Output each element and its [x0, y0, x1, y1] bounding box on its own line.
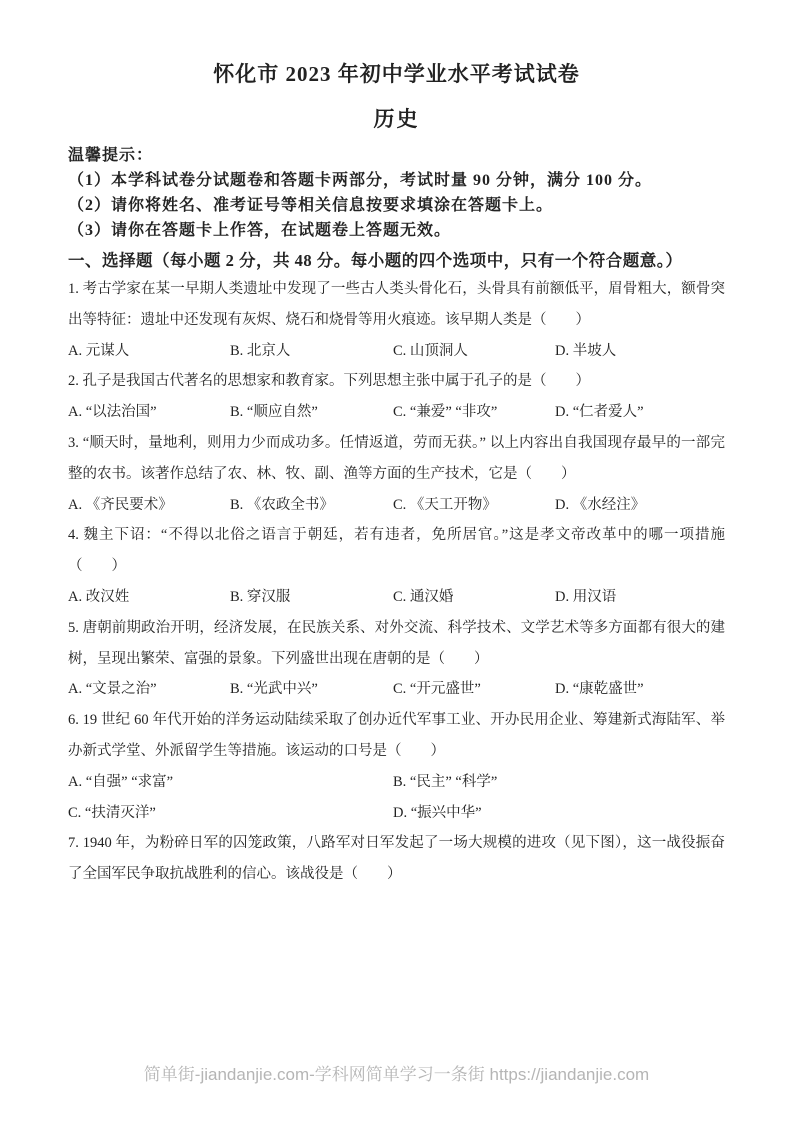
option-b: B. “民主” “科学”: [393, 767, 725, 798]
question-stem: 1. 考古学家在某一早期人类遗址中发现了一些古人类头骨化石，头骨具有前额低平，眉…: [68, 274, 725, 336]
question-6: 6. 19 世纪 60 年代开始的洋务运动陆续采取了创办近代军事工业、开办民用企…: [68, 705, 725, 828]
option-c: C. 通汉婚: [393, 582, 555, 613]
option-b: B. “光武中兴”: [230, 674, 393, 705]
question-stem: 6. 19 世纪 60 年代开始的洋务运动陆续采取了创办近代军事工业、开办民用企…: [68, 705, 725, 767]
options-row: A. 元谋人 B. 北京人 C. 山顶洞人 D. 半坡人: [68, 336, 725, 367]
notice-item-3: （3）请你在答题卡上作答，在试题卷上答题无效。: [68, 218, 725, 243]
question-stem: 2. 孔子是我国古代著名的思想家和教育家。下列思想主张中属于孔子的是（ ）: [68, 366, 725, 397]
option-c: C. 山顶洞人: [393, 336, 555, 367]
paper-subject: 历史: [68, 105, 725, 133]
options-row: A. “自强” “求富” B. “民主” “科学” C. “扶清灭洋” D. “…: [68, 767, 725, 829]
question-stem: 5. 唐朝前期政治开明，经济发展，在民族关系、对外交流、科学技术、文学艺术等多方…: [68, 613, 725, 675]
option-d: D. “仁者爱人”: [555, 397, 725, 428]
option-b: B. 《农政全书》: [230, 490, 393, 521]
options-row: A. “以法治国” B. “顺应自然” C. “兼爱” “非攻” D. “仁者爱…: [68, 397, 725, 428]
question-4: 4. 魏主下诏：“不得以北俗之语言于朝廷，若有违者，免所居官。”这是孝文帝改革中…: [68, 520, 725, 612]
option-d: D. 《水经注》: [555, 490, 725, 521]
option-b: B. 穿汉服: [230, 582, 393, 613]
exam-paper-page: 怀化市 2023 年初中学业水平考试试卷 历史 温馨提示： （1）本学科试卷分试…: [0, 60, 793, 890]
options-row: A. 《齐民要术》 B. 《农政全书》 C. 《天工开物》 D. 《水经注》: [68, 490, 725, 521]
option-a: A. 《齐民要术》: [68, 490, 230, 521]
option-a: A. “自强” “求富”: [68, 767, 393, 798]
notice-item-1: （1）本学科试卷分试题卷和答题卡两部分，考试时量 90 分钟，满分 100 分。: [68, 168, 725, 193]
option-b: B. 北京人: [230, 336, 393, 367]
question-1: 1. 考古学家在某一早期人类遗址中发现了一些古人类头骨化石，头骨具有前额低平，眉…: [68, 274, 725, 366]
section-heading: 一、选择题（每小题 2 分，共 48 分。每小题的四个选项中，只有一个符合题意。…: [68, 247, 725, 274]
question-stem: 4. 魏主下诏：“不得以北俗之语言于朝廷，若有违者，免所居官。”这是孝文帝改革中…: [68, 520, 725, 582]
option-c: C. “扶清灭洋”: [68, 798, 393, 829]
option-c: C. “兼爱” “非攻”: [393, 397, 555, 428]
watermark-footer: 简单街-jiandanjie.com-学科网简单学习一条街 https://ji…: [0, 1064, 793, 1086]
option-b: B. “顺应自然”: [230, 397, 393, 428]
paper-title: 怀化市 2023 年初中学业水平考试试卷: [68, 60, 725, 88]
question-stem: 3. “顺天时，量地利，则用力少而成功多。任情返道，劳而无获。” 以上内容出自我…: [68, 428, 725, 490]
option-c: C. 《天工开物》: [393, 490, 555, 521]
option-a: A. 元谋人: [68, 336, 230, 367]
option-a: A. “文景之治”: [68, 674, 230, 705]
notice-block: 温馨提示： （1）本学科试卷分试题卷和答题卡两部分，考试时量 90 分钟，满分 …: [68, 143, 725, 243]
options-row: A. 改汉姓 B. 穿汉服 C. 通汉婚 D. 用汉语: [68, 582, 725, 613]
option-d: D. 用汉语: [555, 582, 725, 613]
question-3: 3. “顺天时，量地利，则用力少而成功多。任情返道，劳而无获。” 以上内容出自我…: [68, 428, 725, 520]
question-stem: 7. 1940 年，为粉碎日军的囚笼政策，八路军对日军发起了一场大规模的进攻（见…: [68, 828, 725, 890]
option-d: D. “康乾盛世”: [555, 674, 725, 705]
option-c: C. “开元盛世”: [393, 674, 555, 705]
option-a: A. “以法治国”: [68, 397, 230, 428]
question-5: 5. 唐朝前期政治开明，经济发展，在民族关系、对外交流、科学技术、文学艺术等多方…: [68, 613, 725, 705]
questions-list: 1. 考古学家在某一早期人类遗址中发现了一些古人类头骨化石，头骨具有前额低平，眉…: [68, 274, 725, 890]
question-2: 2. 孔子是我国古代著名的思想家和教育家。下列思想主张中属于孔子的是（ ） A.…: [68, 366, 725, 428]
option-d: D. “振兴中华”: [393, 798, 725, 829]
options-row: A. “文景之治” B. “光武中兴” C. “开元盛世” D. “康乾盛世”: [68, 674, 725, 705]
option-a: A. 改汉姓: [68, 582, 230, 613]
notice-heading: 温馨提示：: [68, 143, 725, 168]
question-7: 7. 1940 年，为粉碎日军的囚笼政策，八路军对日军发起了一场大规模的进攻（见…: [68, 828, 725, 890]
notice-item-2: （2）请你将姓名、准考证号等相关信息按要求填涂在答题卡上。: [68, 193, 725, 218]
option-d: D. 半坡人: [555, 336, 725, 367]
